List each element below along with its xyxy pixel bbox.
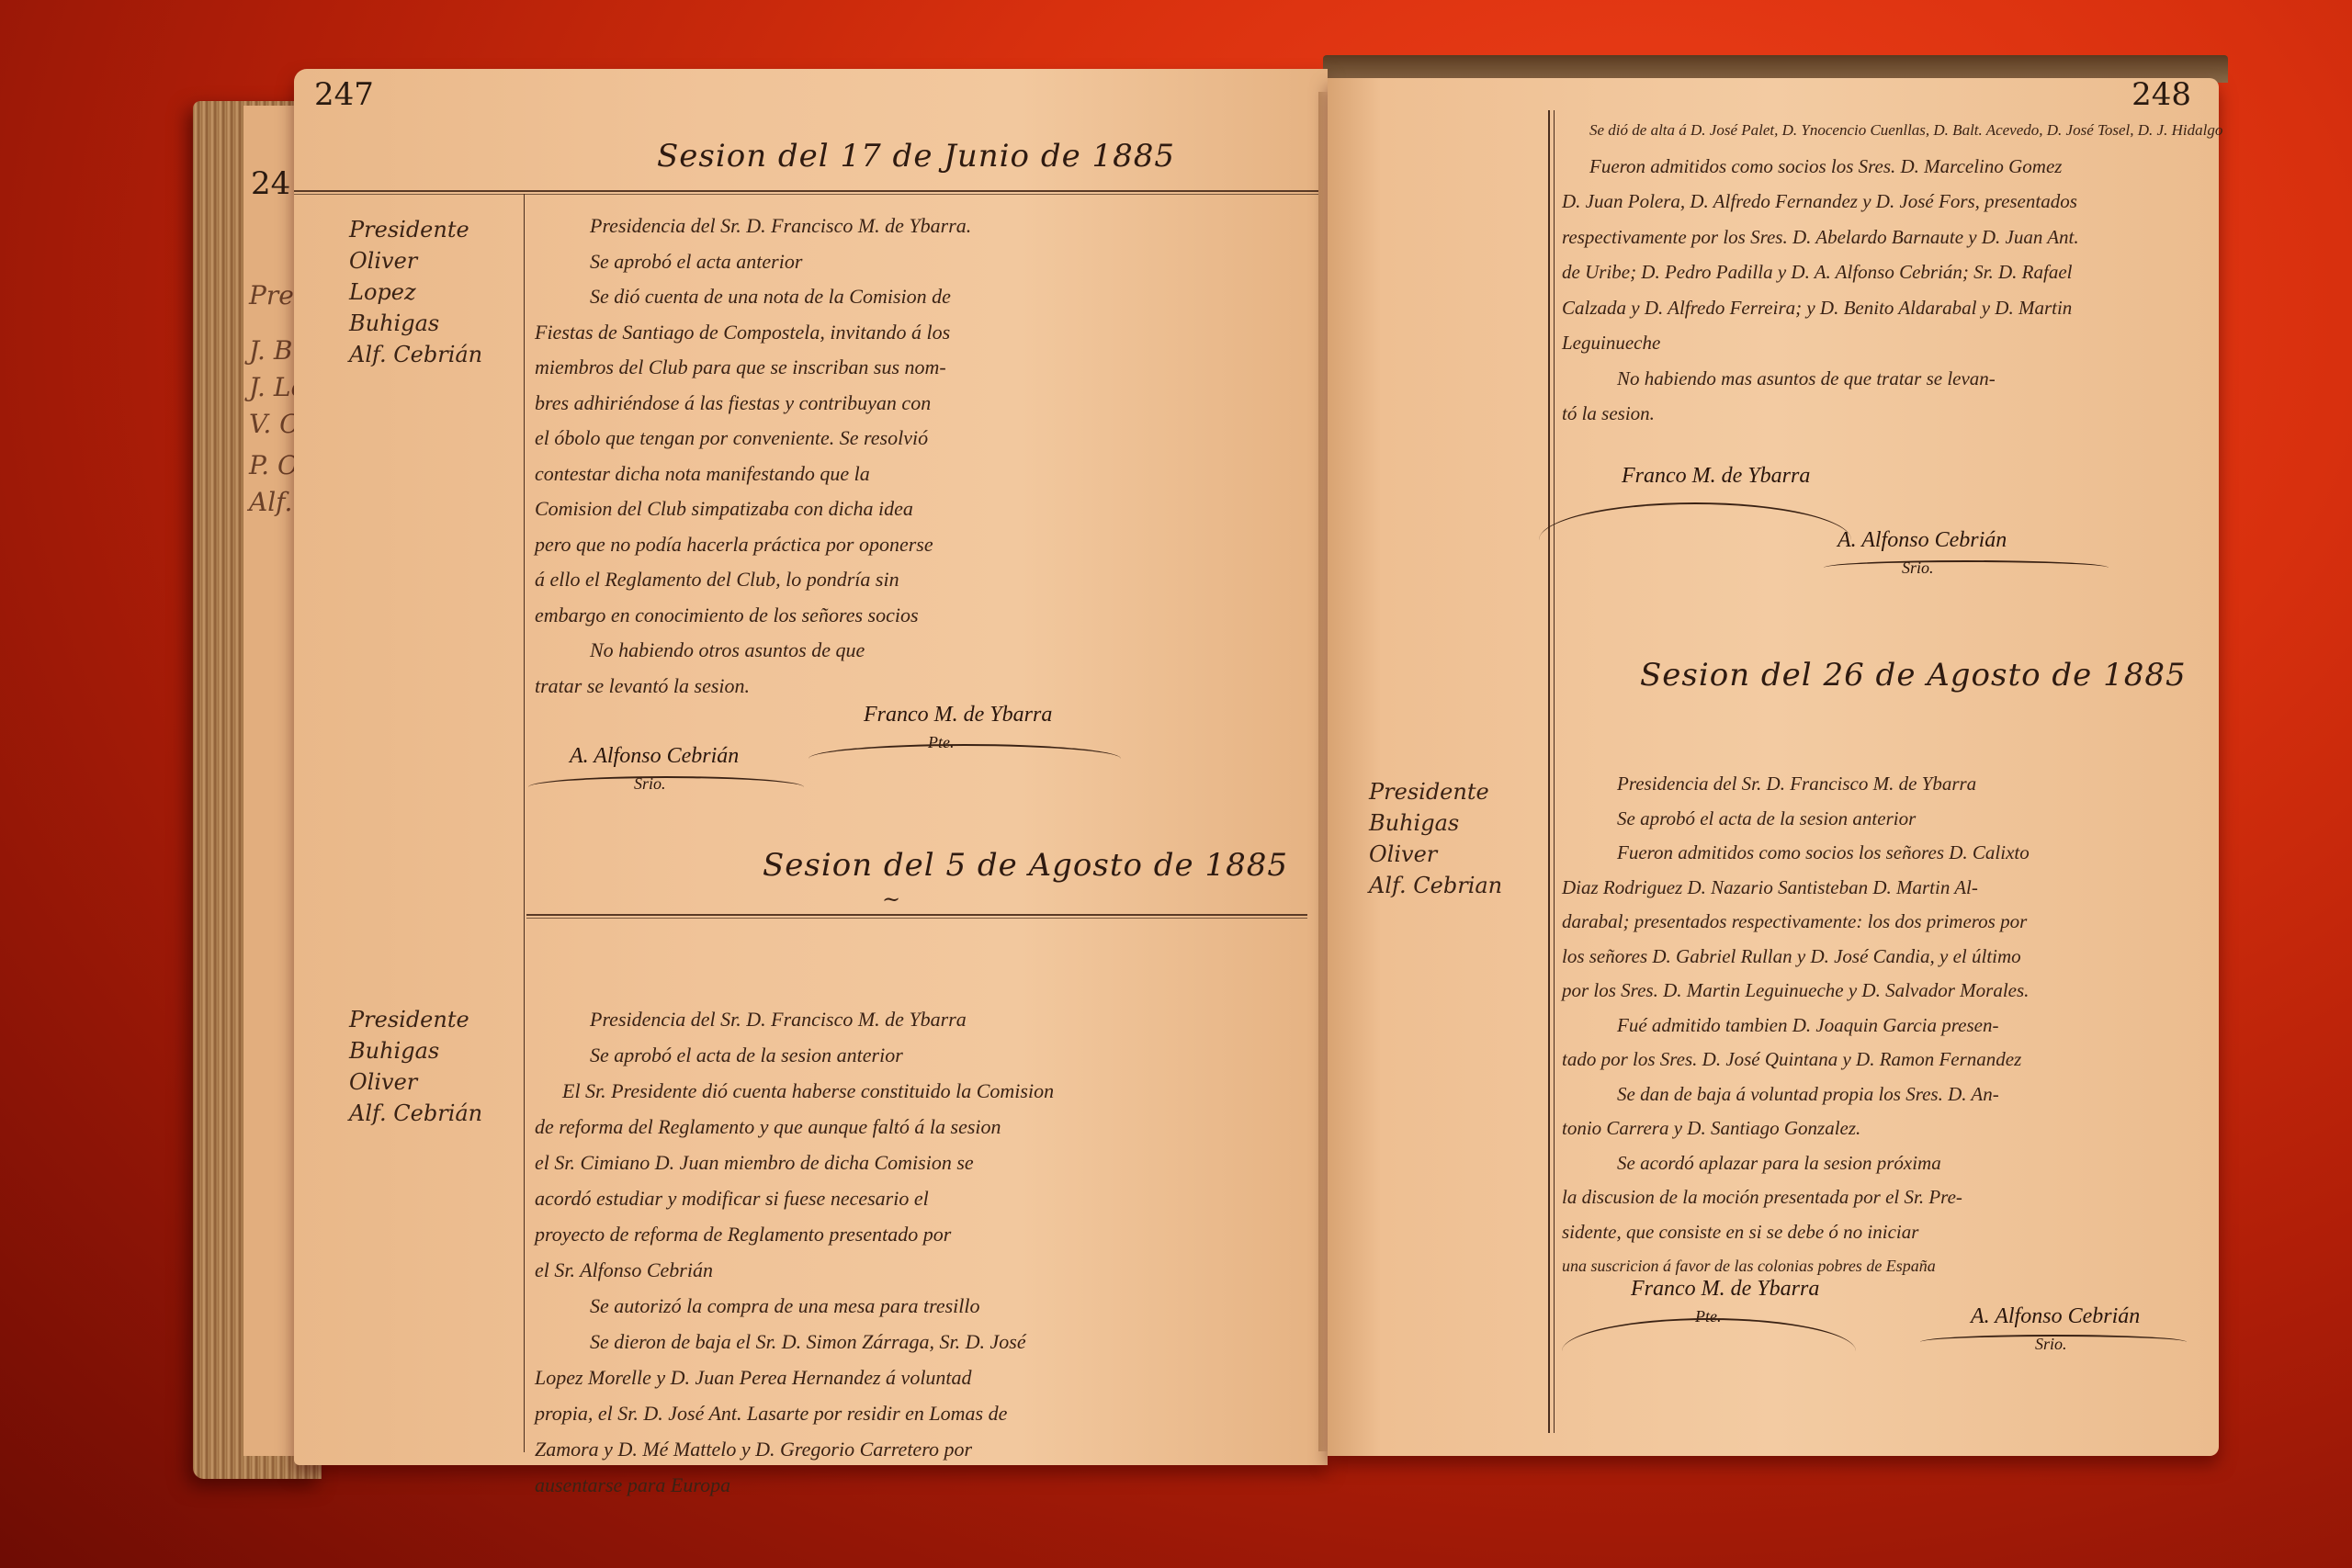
session-rule <box>526 914 1307 919</box>
attendee: Oliver <box>349 1066 482 1098</box>
text-line: embargo en conocimiento de los señores s… <box>535 598 971 634</box>
text-line: D. Juan Polera, D. Alfredo Fernandez y D… <box>1562 184 2222 220</box>
text-line: el Sr. Cimiano D. Juan miembro de dicha … <box>535 1145 1054 1180</box>
page-number: 248 <box>2131 76 2191 113</box>
attendee: Alf. Cebrian <box>1369 870 1502 901</box>
margin-column-rule <box>524 194 525 1452</box>
open-ledger-book: 241 Prem J. Bu J. Lo V. Ca P. Ol Alf. 24… <box>193 55 2030 1493</box>
text-line: Se autorizó la compra de una mesa para t… <box>535 1288 1054 1324</box>
text-line: el Sr. Alfonso Cebrián <box>535 1252 1054 1288</box>
text-line: Fiestas de Santiago de Compostela, invit… <box>535 315 971 351</box>
text-line: á ello el Reglamento del Club, lo pondrí… <box>535 562 971 598</box>
president-signature: Franco M. de Ybarra <box>1622 464 1810 489</box>
session-title: Sesion del 26 de Agosto de 1885 <box>1640 657 2187 694</box>
attendee-list: Presidente Buhigas Oliver Alf. Cebrian <box>1369 776 1502 901</box>
right-page: 248 Se dió de alta á D. José Palet, D. Y… <box>1328 78 2219 1456</box>
text-line: Se dió cuenta de una nota de la Comision… <box>535 279 971 315</box>
text-line: pero que no podía hacerla práctica por o… <box>535 527 971 563</box>
text-line: tonio Carrera y D. Santiago Gonzalez. <box>1562 1111 2030 1146</box>
attendee: Presidente <box>349 214 482 245</box>
text-line: darabal; presentados respectivamente: lo… <box>1562 905 2030 940</box>
text-line: de Uribe; D. Pedro Padilla y D. A. Alfon… <box>1562 254 2222 290</box>
attendee: Buhigas <box>349 1035 482 1066</box>
session-title: Sesion del 5 de Agosto de 1885 <box>763 847 1288 884</box>
text-line: No habiendo mas asuntos de que tratar se… <box>1562 361 2222 397</box>
signature-flourish <box>1562 1318 1856 1384</box>
page-number: 247 <box>314 76 374 113</box>
text-line: Presidencia del Sr. D. Francisco M. de Y… <box>535 1001 1054 1037</box>
header-rule <box>294 190 1318 195</box>
continuation-body: Se dió de alta á D. José Palet, D. Ynoce… <box>1562 113 2222 432</box>
text-line: respectivamente por los Sres. D. Abelard… <box>1562 220 2222 255</box>
text-line: contestar dicha nota manifestando que la <box>535 457 971 492</box>
text-line: Comision del Club simpatizaba con dicha … <box>535 491 971 527</box>
signature-flourish <box>1539 502 1851 578</box>
text-line: Se acordó aplazar para la sesion próxima <box>1562 1146 2030 1181</box>
attendee: Presidente <box>349 1004 482 1035</box>
text-line: Se dieron de baja el Sr. D. Simon Zárrag… <box>535 1324 1054 1359</box>
text-line: miembros del Club para que se inscriban … <box>535 350 971 386</box>
text-line: Zamora y D. Mé Mattelo y D. Gregorio Car… <box>535 1431 1054 1467</box>
session-body: Presidencia del Sr. D. Francisco M. de Y… <box>1562 767 2030 1284</box>
attendee-list: Presidente Oliver Lopez Buhigas Alf. Ceb… <box>349 214 482 370</box>
text-line: Fueron admitidos como socios los señores… <box>1562 836 2030 871</box>
text-line: tó la sesion. <box>1562 396 2222 432</box>
text-line: ausentarse para Europa <box>535 1467 1054 1503</box>
text-line: sidente, que consiste en si se debe ó no… <box>1562 1215 2030 1250</box>
text-line: Se dió de alta á D. José Palet, D. Ynoce… <box>1562 113 2222 149</box>
attendee-list: Presidente Buhigas Oliver Alf. Cebrián <box>349 1004 482 1129</box>
text-line: Se aprobó el acta de la sesion anterior <box>535 1037 1054 1073</box>
attendee: Oliver <box>1369 839 1502 870</box>
signature-flourish <box>1920 1335 2187 1349</box>
text-line: los señores D. Gabriel Rullan y D. José … <box>1562 940 2030 975</box>
text-line: Diaz Rodriguez D. Nazario Santisteban D.… <box>1562 871 2030 906</box>
text-line: Presidencia del Sr. D. Francisco M. de Y… <box>535 209 971 244</box>
attendee: Buhigas <box>1369 807 1502 839</box>
text-line: propia, el Sr. D. José Ant. Lasarte por … <box>535 1395 1054 1431</box>
attendee: Presidente <box>1369 776 1502 807</box>
session-body: Presidencia del Sr. D. Francisco M. de Y… <box>535 209 971 704</box>
text-line: Se dan de baja á voluntad propia los Sre… <box>1562 1077 2030 1112</box>
text-line: Fueron admitidos como socios los Sres. D… <box>1562 149 2222 185</box>
signature-flourish <box>808 744 1121 773</box>
text-line: de reforma del Reglamento y que aunque f… <box>535 1109 1054 1145</box>
text-line: proyecto de reforma de Reglamento presen… <box>535 1216 1054 1252</box>
title-ornament: ~ <box>882 886 900 912</box>
ghost-text: Alf. <box>249 487 292 517</box>
text-line: tratar se levantó la sesion. <box>535 669 971 705</box>
margin-column-rule <box>1548 110 1550 1433</box>
text-line: Se aprobó el acta anterior <box>535 244 971 280</box>
attendee: Oliver <box>349 245 482 276</box>
text-line: Se aprobó el acta de la sesion anterior <box>1562 802 2030 837</box>
text-line: No habiendo otros asuntos de que <box>535 633 971 669</box>
session-body: Presidencia del Sr. D. Francisco M. de Y… <box>535 1001 1054 1503</box>
attendee: Buhigas <box>349 308 482 339</box>
text-line: El Sr. Presidente dió cuenta haberse con… <box>535 1073 1054 1109</box>
text-line: tado por los Sres. D. José Quintana y D.… <box>1562 1043 2030 1077</box>
text-line: por los Sres. D. Martin Leguinueche y D.… <box>1562 974 2030 1009</box>
session-title: Sesion del 17 de Junio de 1885 <box>657 138 1175 175</box>
text-line: bres adhiriéndose á las fiestas y contri… <box>535 386 971 422</box>
signature-flourish <box>1824 560 2109 575</box>
text-line: el óbolo que tengan por conveniente. Se … <box>535 421 971 457</box>
left-page: 247 Sesion del 17 de Junio de 1885 Presi… <box>294 69 1328 1465</box>
attendee: Alf. Cebrián <box>349 339 482 370</box>
text-line: acordó estudiar y modificar si fuese nec… <box>535 1180 1054 1216</box>
text-line: Leguinueche <box>1562 325 2222 361</box>
attendee: Alf. Cebrián <box>349 1098 482 1129</box>
signature-flourish <box>528 776 804 798</box>
text-line: Fué admitido tambien D. Joaquin Garcia p… <box>1562 1009 2030 1043</box>
text-line: Lopez Morelle y D. Juan Perea Hernandez … <box>535 1359 1054 1395</box>
attendee: Lopez <box>349 276 482 308</box>
text-line: la discusion de la moción presentada por… <box>1562 1180 2030 1215</box>
text-line: Calzada y D. Alfredo Ferreira; y D. Beni… <box>1562 290 2222 326</box>
text-line: Presidencia del Sr. D. Francisco M. de Y… <box>1562 767 2030 802</box>
